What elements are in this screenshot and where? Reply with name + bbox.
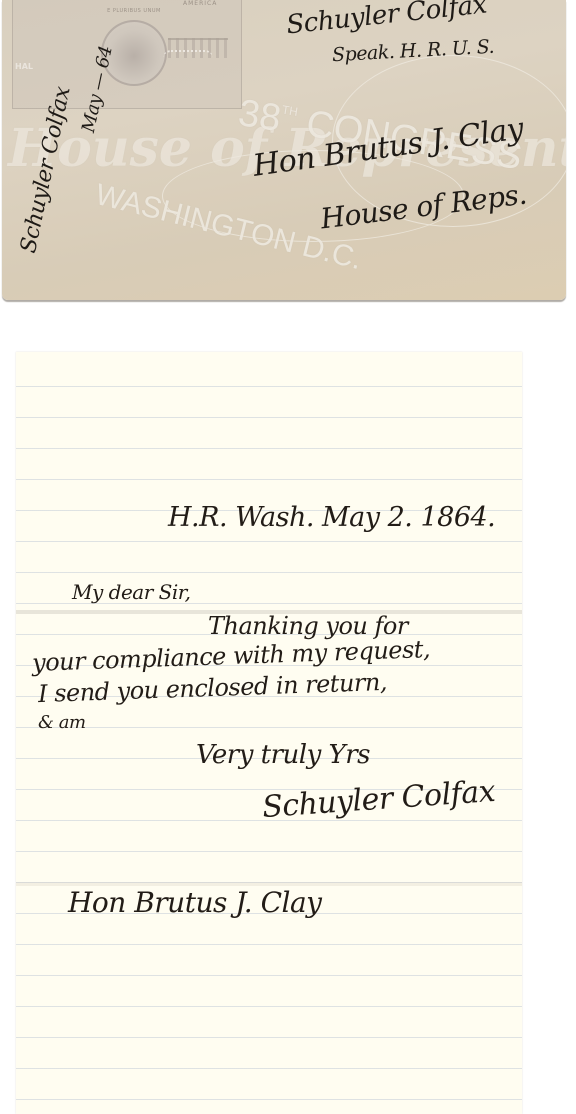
letter-closing: Very truly Yrs	[196, 740, 370, 770]
franking-signature: Schuyler Colfax	[285, 0, 488, 40]
vignette-top-text: AMERICA	[183, 0, 217, 7]
congress-suffix: TH	[281, 103, 299, 119]
engraved-vignette: AMERICA E PLURIBUS UNUM HAL	[12, 0, 242, 109]
letter-body-line: Thanking you for	[208, 612, 408, 640]
envelope: AMERICA E PLURIBUS UNUM HAL House of Rep…	[2, 0, 566, 300]
letter-body-line: & am	[38, 712, 86, 733]
seal-motto: E PLURIBUS UNUM	[99, 8, 169, 14]
letter-signature: Schuyler Colfax	[261, 774, 496, 825]
bridge-arches-icon	[163, 50, 213, 60]
letter-sheet: H.R. Wash. May 2. 1864. My dear Sir, Tha…	[16, 352, 522, 1114]
vignette-left-text: HAL	[15, 62, 33, 71]
letter-salutation: My dear Sir,	[72, 580, 190, 604]
letter-dateline: H.R. Wash. May 2. 1864.	[168, 502, 495, 533]
congress-number: 38	[235, 92, 283, 140]
letter-addressee: Hon Brutus J. Clay	[68, 886, 322, 919]
